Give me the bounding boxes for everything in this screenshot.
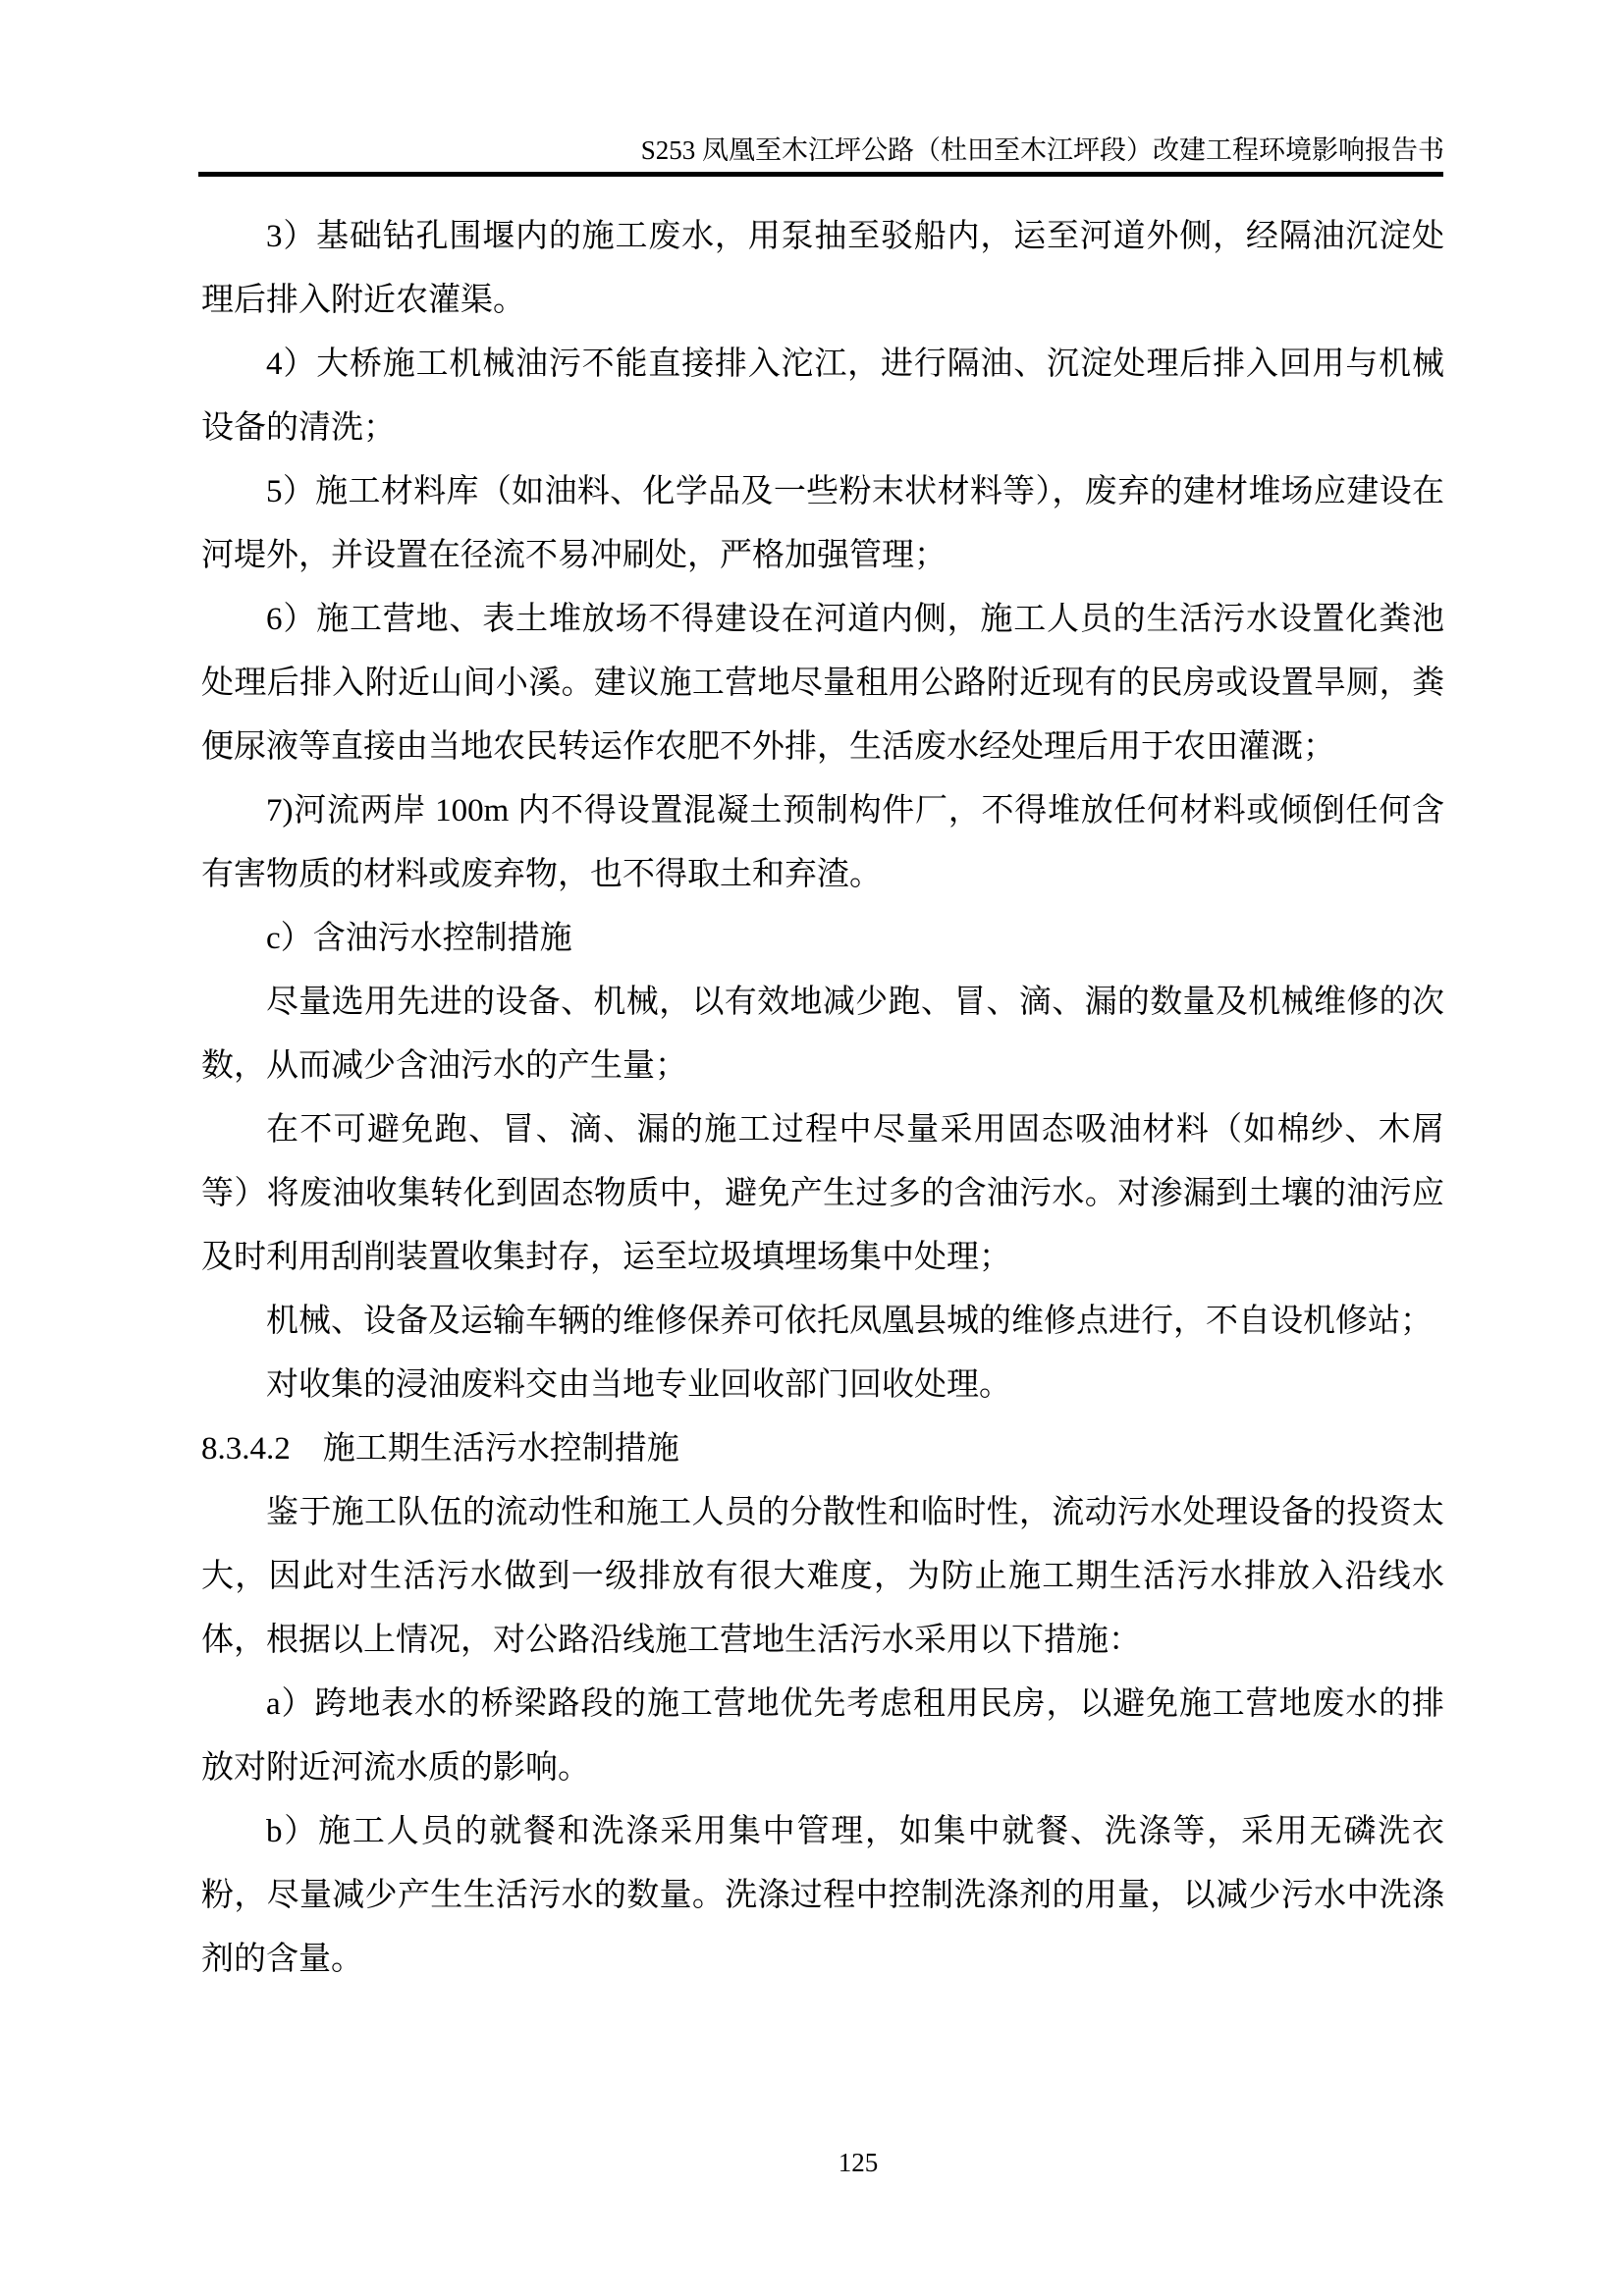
paragraph-oily-water-4: 对收集的浸油废料交由当地专业回收部门回收处理。	[201, 1354, 1444, 1417]
paragraph-oily-water-3: 机械、设备及运输车辆的维修保养可依托凤凰县城的维修点进行，不自设机修站；	[201, 1290, 1444, 1354]
paragraph-item-a: a）跨地表水的桥梁路段的施工营地优先考虑租用民房，以避免施工营地废水的排放对附近…	[201, 1673, 1444, 1800]
paragraph-oily-water-2: 在不可避免跑、冒、滴、漏的施工过程中尽量采用固态吸油材料（如棉纱、木屑等）将废油…	[201, 1098, 1444, 1290]
paragraph-item-3: 3）基础钻孔围堰内的施工废水，用泵抽至驳船内，运至河道外侧，经隔油沉淀处理后排入…	[201, 205, 1444, 333]
paragraph-item-4: 4）大桥施工机械油污不能直接排入沱江，进行隔油、沉淀处理后排入回用与机械设备的清…	[201, 333, 1444, 460]
paragraph-item-6: 6）施工营地、表土堆放场不得建设在河道内侧，施工人员的生活污水设置化粪池处理后排…	[201, 588, 1444, 779]
paragraph-item-7: 7)河流两岸 100m 内不得设置混凝土预制构件厂，不得堆放任何材料或倾倒任何含…	[201, 779, 1444, 907]
paragraph-oily-water-1: 尽量选用先进的设备、机械，以有效地减少跑、冒、滴、漏的数量及机械维修的次数，从而…	[201, 971, 1444, 1098]
paragraph-item-c: c）含油污水控制措施	[201, 907, 1444, 971]
paragraph-item-5: 5）施工材料库（如油料、化学品及一些粉末状材料等），废弃的建材堆场应建设在河堤外…	[201, 460, 1444, 588]
section-heading-8-3-4-2: 8.3.4.2 施工期生活污水控制措施	[201, 1417, 1444, 1481]
paragraph-item-b: b）施工人员的就餐和洗涤采用集中管理，如集中就餐、洗涤等，采用无磷洗衣粉，尽量减…	[201, 1800, 1444, 1992]
paragraph-sewage-intro: 鉴于施工队伍的流动性和施工人员的分散性和临时性，流动污水处理设备的投资太大，因此…	[201, 1481, 1444, 1673]
document-page: S253 凤凰至木江坪公路（杜田至木江坪段）改建工程环境影响报告书 3）基础钻孔…	[0, 0, 1624, 2296]
page-header-title: S253 凤凰至木江坪公路（杜田至木江坪段）改建工程环境影响报告书	[201, 129, 1444, 167]
header-divider-rule	[198, 172, 1443, 177]
document-body: 3）基础钻孔围堰内的施工废水，用泵抽至驳船内，运至河道外侧，经隔油沉淀处理后排入…	[201, 205, 1444, 1992]
page-number: 125	[839, 2148, 879, 2178]
